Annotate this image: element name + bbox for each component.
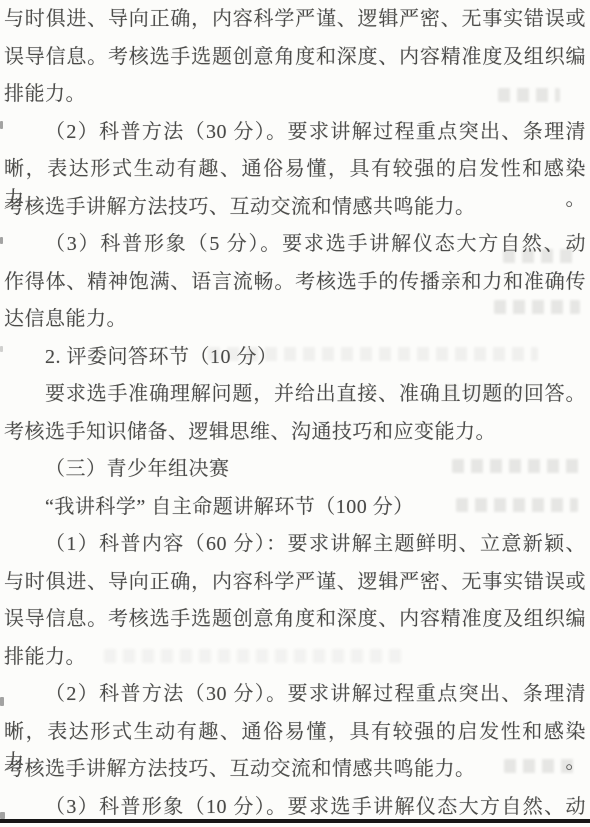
- bleed-through-artifact: [208, 347, 538, 361]
- bleed-through-artifact: [456, 498, 578, 512]
- text-line: 考核选手讲解方法技巧、互动交流和情感共鸣能力。: [4, 754, 586, 784]
- text-line: （2）科普方法（30 分）。要求讲解过程重点突出、条理清: [4, 117, 586, 147]
- bleed-through-artifact: [503, 249, 575, 263]
- scan-fleck: [0, 121, 3, 129]
- text-line: （3）科普形象（10 分）。要求选手讲解仪态大方自然、动: [4, 792, 586, 822]
- text-line: 晰，表达形式生动有趣、通俗易懂，具有较强的启发性和感染力。: [4, 154, 586, 184]
- text-line: 考核选手讲解方法技巧、互动交流和情感共鸣能力。: [4, 192, 586, 222]
- text-line: 误导信息。考核选手选题创意角度和深度、内容精准度及组织编: [4, 42, 586, 72]
- bleed-through-artifact: [494, 300, 580, 314]
- text-line: （2）科普方法（30 分）。要求讲解过程重点突出、条理清: [4, 679, 586, 709]
- scanned-document-page: 与时俱进、导向正确，内容科学严谨、逻辑严密、无事实错误或 误导信息。考核选手选题…: [0, 0, 590, 827]
- scan-fleck: [0, 697, 4, 706]
- text-line: 误导信息。考核选手选题创意角度和深度、内容精准度及组织编: [4, 604, 586, 634]
- bleed-through-artifact: [104, 649, 404, 663]
- scan-fleck: [0, 237, 3, 244]
- scan-edge-line: [0, 819, 590, 823]
- text-line: 作得体、精神饱满、语言流畅。考核选手的传播亲和力和准确传: [4, 267, 586, 297]
- text-line: （3）科普形象（5 分）。要求选手讲解仪态大方自然、动: [4, 229, 586, 259]
- bleed-through-artifact: [498, 88, 560, 102]
- bleed-through-artifact: [446, 384, 526, 398]
- scan-fleck: [0, 812, 5, 819]
- bleed-through-artifact: [504, 759, 578, 773]
- bleed-through-artifact: [452, 459, 580, 473]
- text-line: （1）科普内容（60 分）：要求讲解主题鲜明、立意新颖、: [4, 529, 586, 559]
- text-line: 与时俱进、导向正确，内容科学严谨、逻辑严密、无事实错误或: [4, 4, 586, 34]
- text-line: 晰，表达形式生动有趣、通俗易懂，具有较强的启发性和感染力。: [4, 717, 586, 747]
- text-line: 与时俱进、导向正确，内容科学严谨、逻辑严密、无事实错误或: [4, 567, 586, 597]
- scan-fleck: [0, 346, 3, 352]
- text-line: 考核选手知识储备、逻辑思维、沟通技巧和应变能力。: [4, 417, 586, 447]
